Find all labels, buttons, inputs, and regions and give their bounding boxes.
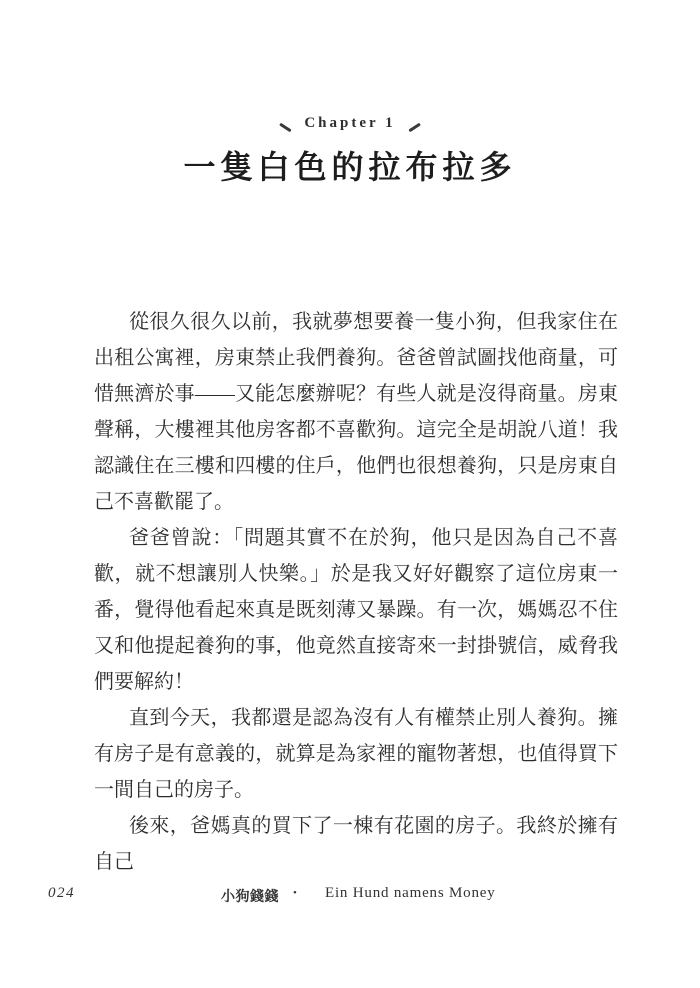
- paragraph: 從很久很久以前，我就夢想要養一隻小狗，但我家住在出租公寓裡，房東禁止我們養狗。爸…: [94, 304, 618, 520]
- chapter-flourish-right-icon: [408, 123, 420, 132]
- page-footer: 024 小狗錢錢 • Ein Hund namens Money: [0, 885, 700, 907]
- book-page: Chapter 1 一隻白色的拉布拉多 從很久很久以前，我就夢想要養一隻小狗，但…: [0, 0, 700, 988]
- body-text: 從很久很久以前，我就夢想要養一隻小狗，但我家住在出租公寓裡，房東禁止我們養狗。爸…: [94, 304, 618, 880]
- footer-separator-dot: •: [293, 887, 297, 899]
- paragraph: 直到今天，我都還是認為沒有人有權禁止別人養狗。擁有房子是有意義的，就算是為家裡的…: [94, 700, 618, 808]
- chapter-title: 一隻白色的拉布拉多: [0, 142, 700, 188]
- paragraph: 後來，爸媽真的買下了一棟有花園的房子。我終於擁有自己: [94, 808, 618, 880]
- page-number: 024: [48, 885, 75, 902]
- chapter-flourish-left-icon: [280, 123, 292, 132]
- footer-series-title: Ein Hund namens Money: [325, 885, 496, 902]
- chapter-label: Chapter 1: [304, 115, 395, 132]
- chapter-header: Chapter 1: [0, 110, 700, 136]
- paragraph: 爸爸曾說：「問題其實不在於狗，他只是因為自己不喜歡，就不想讓別人快樂。」於是我又…: [94, 520, 618, 700]
- footer-book-title: 小狗錢錢: [221, 886, 279, 906]
